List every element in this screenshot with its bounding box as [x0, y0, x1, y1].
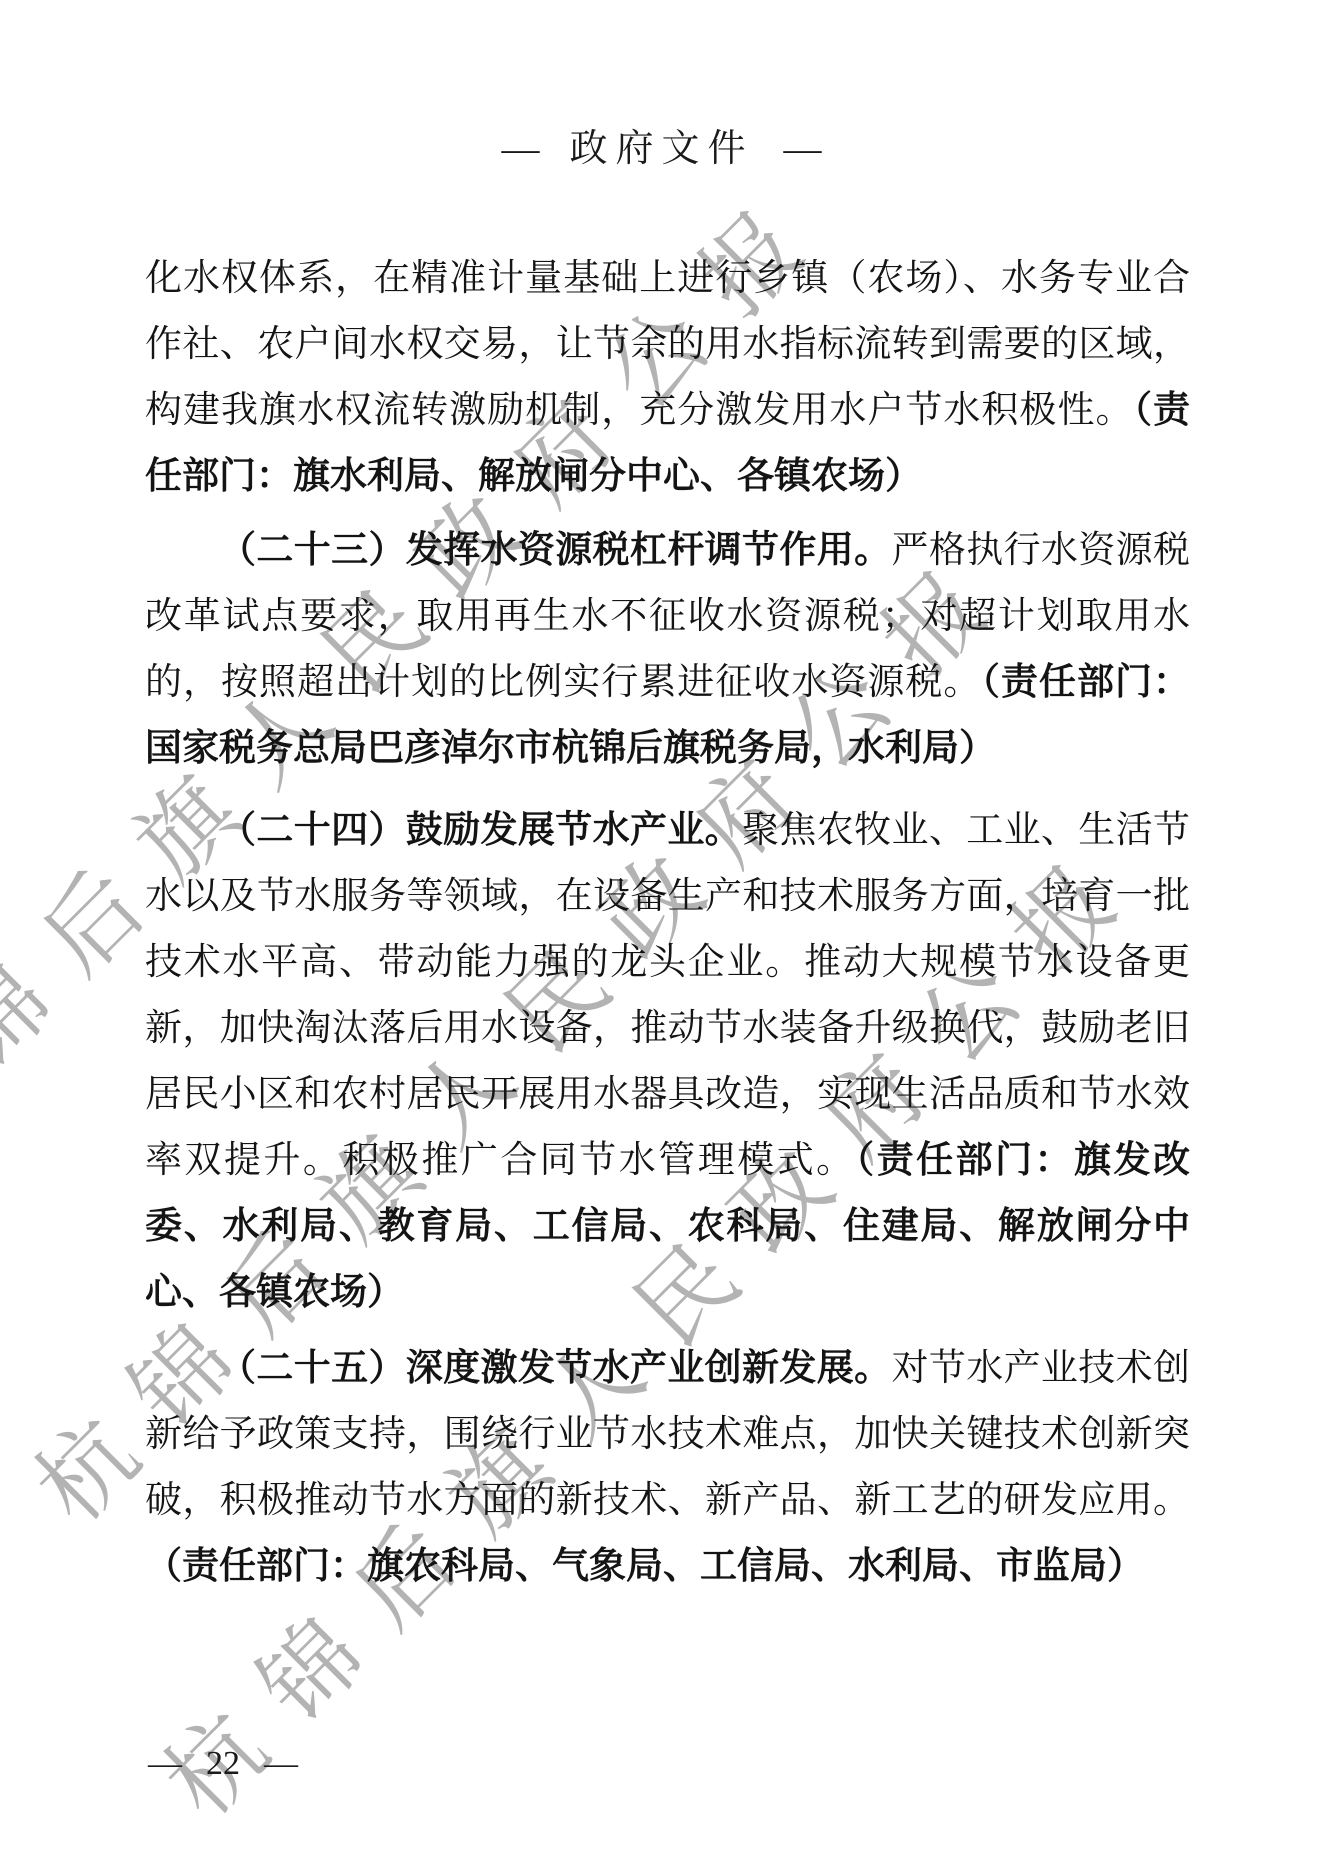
footer-dash-left: — [148, 1745, 182, 1782]
paragraph-item-24: （二十四）鼓励发展节水产业。聚焦农牧业、工业、生活节水以及节水服务等领域，在设备… [145, 798, 1190, 1326]
footer-dash-right: — [264, 1745, 298, 1782]
header-dash-left: — [501, 128, 539, 170]
responsible-department-segment: （责任部门：旗农科局、气象局、工信局、水利局、市监局） [145, 1546, 1144, 1587]
item-heading-segment: （二十五）深度激发节水产业创新发展。 [219, 1348, 891, 1389]
item-heading-segment: （二十四）鼓励发展节水产业。 [219, 810, 742, 851]
header-dash-right: — [784, 128, 822, 170]
paragraph-item-25: （二十五）深度激发节水产业创新发展。对节水产业技术创新给予政策支持，围绕行业节水… [145, 1336, 1190, 1600]
document-body: 化水权体系，在精准计量基础上进行乡镇（农场）、水务专业合作社、农户间水权交易，让… [145, 246, 1190, 1600]
item-heading-segment: （二十三）发挥水资源税杠杆调节作用。 [219, 530, 891, 571]
page-footer: —22— [148, 1744, 298, 1784]
page-number: 22 [206, 1744, 240, 1784]
text-segment: 化水权体系，在精准计量基础上进行乡镇（农场）、水务专业合作社、农户间水权交易，让… [145, 258, 1190, 431]
paragraph-item-23: （二十三）发挥水资源税杠杆调节作用。严格执行水资源税改革试点要求，取用再生水不征… [145, 518, 1190, 782]
document-page: 杭锦后旗人民政府公报 杭锦后旗人民政府公报 杭锦后旗人民政府公报 —政府文件— … [0, 0, 1323, 1871]
page-header: —政府文件— [0, 126, 1323, 172]
text-segment: 聚焦农牧业、工业、生活节水以及节水服务等领域，在设备生产和技术服务方面，培育一批… [145, 810, 1190, 1181]
header-title: 政府文件 [569, 126, 753, 172]
paragraph-continuation: 化水权体系，在精准计量基础上进行乡镇（农场）、水务专业合作社、农户间水权交易，让… [145, 246, 1190, 510]
